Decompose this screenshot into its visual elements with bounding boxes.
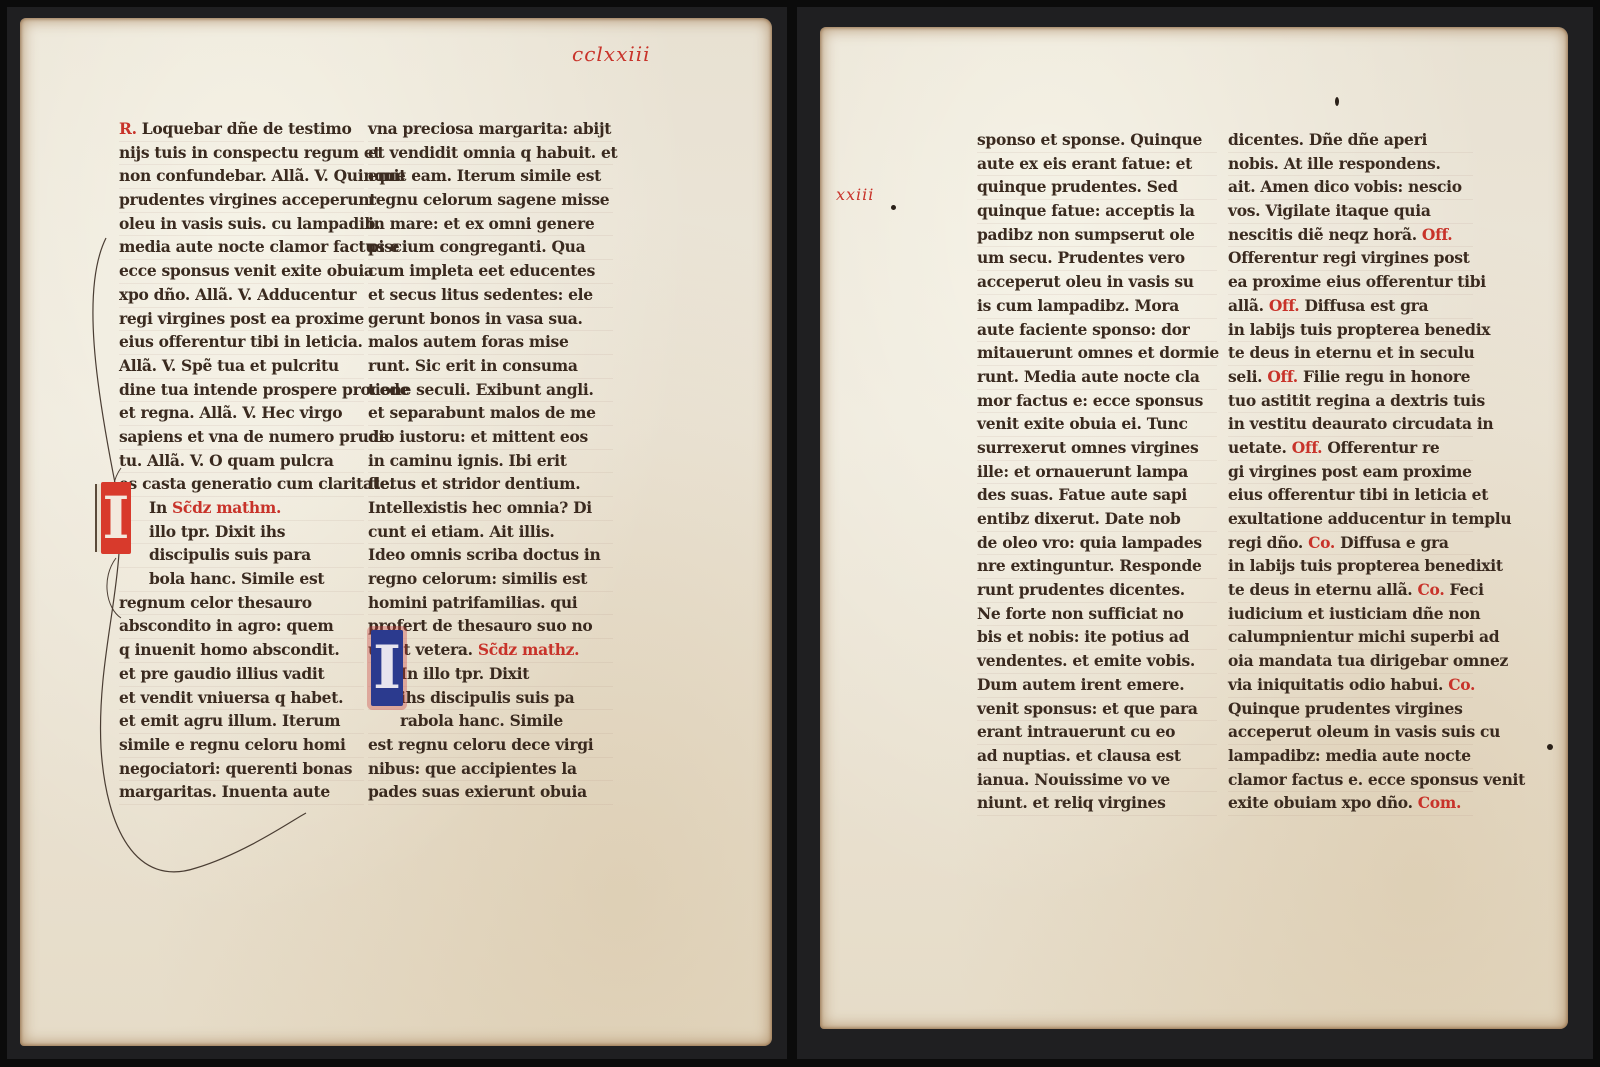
text-span: quinque fatue: acceptis la	[977, 201, 1195, 220]
text-line: entibz dixerut. Date nob	[977, 508, 1217, 532]
text-line: runt. Sic erit in consuma	[368, 355, 613, 379]
text-line: eius offerentur tibi in leticia.	[119, 331, 364, 355]
ink-spot	[1335, 97, 1339, 106]
text-line: et separabunt malos de me	[368, 402, 613, 426]
text-span: non confundebar. Allã. V. Quinque	[119, 166, 405, 185]
text-line: cum impleta eet educentes	[368, 260, 613, 284]
text-span: abscondito in agro: quem	[119, 616, 334, 635]
text-line: te deus in eternu allã. Co. Feci	[1228, 579, 1473, 603]
column-left-1: R. Loquebar dñe de testimo nijs tuis in …	[119, 118, 364, 805]
text-line: oia mandata tua dirigebar omnez	[1228, 650, 1473, 674]
text-span: is cum lampadibz. Mora	[977, 296, 1179, 315]
text-line: rabola hanc. Simile	[368, 710, 613, 734]
text-span: te deus in eternu et in seculu	[1228, 343, 1474, 362]
text-span: venit exite obuia ei. Tunc	[977, 414, 1188, 433]
text-line: mitauerunt omnes et dormie	[977, 342, 1217, 366]
text-line: xpo dño. Allã. V. Adducentur	[119, 284, 364, 308]
text-line: ille: et ornauerunt lampa	[977, 461, 1217, 485]
text-line: calumpnientur michi superbi ad	[1228, 626, 1473, 650]
rubric: Com.	[1418, 793, 1461, 812]
text-line: exite obuiam xpo dño. Com.	[1228, 792, 1473, 816]
text-line: ea proxime eius offerentur tibi	[1228, 271, 1473, 295]
text-span: dine tua intende prospere procede	[119, 380, 409, 399]
text-line: homini patrifamilias. qui	[368, 592, 613, 616]
text-span: discipulis suis para	[149, 545, 311, 564]
text-span: venit sponsus: et que para	[977, 699, 1198, 718]
text-span: es casta generatio cum claritate.	[119, 474, 394, 493]
text-span: regnu celorum sagene misse	[368, 190, 609, 209]
text-span: via iniquitatis odio habui.	[1228, 675, 1448, 694]
text-line: erant intrauerunt cu eo	[977, 721, 1217, 745]
text-span: acceperut oleum in vasis suis cu	[1228, 722, 1500, 741]
rubric: Off.	[1269, 296, 1305, 315]
text-line: ua et vetera. Sc̃dz mathz.	[368, 639, 613, 663]
text-line: um secu. Prudentes vero	[977, 247, 1217, 271]
text-line: nobis. At ille respondens.	[1228, 153, 1473, 177]
text-span: nibus: que accipientes la	[368, 759, 577, 778]
text-line: Offerentur regi virgines post	[1228, 247, 1473, 271]
text-line: mor factus e: ecce sponsus	[977, 390, 1217, 414]
text-line: dicentes. Dñe dñe aperi	[1228, 129, 1473, 153]
text-span: dio iustoru: et mittent eos	[368, 427, 588, 446]
margin-note: xxiii	[836, 185, 874, 204]
text-line: et emit agru illum. Iterum	[119, 710, 364, 734]
text-line: margaritas. Inuenta aute	[119, 781, 364, 805]
text-span: q inuenit homo abscondit.	[119, 640, 339, 659]
text-span: regnum celor thesauro	[119, 593, 312, 612]
text-line: acceperut oleum in vasis suis cu	[1228, 721, 1473, 745]
illuminated-initial-blue: I	[371, 630, 403, 706]
text-line: bis et nobis: ite potius ad	[977, 626, 1217, 650]
text-span: margaritas. Inuenta aute	[119, 782, 330, 801]
text-span: te deus in eternu allã.	[1228, 580, 1418, 599]
text-span: iudicium et iusticiam dñe non	[1228, 604, 1480, 623]
text-span: oia mandata tua dirigebar omnez	[1228, 651, 1508, 670]
text-line: is cum lampadibz. Mora	[977, 295, 1217, 319]
text-line: ad nuptias. et clausa est	[977, 745, 1217, 769]
text-span: bola hanc. Simile est	[149, 569, 324, 588]
text-line: Ideo omnis scriba doctus in	[368, 544, 613, 568]
text-line: regi dño. Co. Diffusa e gra	[1228, 532, 1473, 556]
text-line: simile e regnu celoru homi	[119, 734, 364, 758]
text-line: et regna. Allã. V. Hec virgo	[119, 402, 364, 426]
text-span: Allã. V. Spẽ tua et pulcritu	[119, 356, 339, 375]
text-line: quinque prudentes. Sed	[977, 176, 1217, 200]
text-span: Feci	[1450, 580, 1484, 599]
text-span: ad nuptias. et clausa est	[977, 746, 1181, 765]
text-span: eius offerentur tibi in leticia et	[1228, 485, 1488, 504]
text-line: allã. Off. Diffusa est gra	[1228, 295, 1473, 319]
text-line: regnu celorum sagene misse	[368, 189, 613, 213]
text-line: et pre gaudio illius vadit	[119, 663, 364, 687]
text-line: Allã. V. Spẽ tua et pulcritu	[119, 355, 364, 379]
text-span: malos autem foras mise	[368, 332, 569, 351]
text-line: venit sponsus: et que para	[977, 698, 1217, 722]
text-span: est regnu celoru dece virgi	[368, 735, 593, 754]
text-line: sponso et sponse. Quinque	[977, 129, 1217, 153]
text-line: fletus et stridor dentium.	[368, 473, 613, 497]
text-span: regi virgines post ea proxime	[119, 309, 364, 328]
text-span: media aute nocte clamor factus e	[119, 237, 399, 256]
rubric: Sc̃dz mathm.	[172, 498, 281, 517]
text-span: lampadibz: media aute nocte	[1228, 746, 1471, 765]
text-span: clamor factus e. ecce sponsus venit	[1228, 770, 1525, 789]
ink-spot	[891, 205, 896, 210]
text-span: et separabunt malos de me	[368, 403, 596, 422]
text-line: ecce sponsus venit exite obuia	[119, 260, 364, 284]
ink-spot	[1547, 744, 1553, 750]
text-span: runt prudentes dicentes.	[977, 580, 1185, 599]
text-line: abscondito in agro: quem	[119, 615, 364, 639]
text-span: Loquebar dñe de testimo	[142, 119, 352, 138]
text-span: sapiens et vna de numero prude	[119, 427, 389, 446]
text-line: Quinque prudentes virgines	[1228, 698, 1473, 722]
text-span: Offerentur regi virgines post	[1228, 248, 1470, 267]
text-line: acceperut oleu in vasis su	[977, 271, 1217, 295]
text-span: in mare: et ex omni genere	[368, 214, 594, 233]
text-span: regno celorum: similis est	[368, 569, 587, 588]
text-span: Ideo omnis scriba doctus in	[368, 545, 600, 564]
text-line: regno celorum: similis est	[368, 568, 613, 592]
text-line: Dum autem irent emere.	[977, 674, 1217, 698]
text-span: de oleo vro: quia lampades	[977, 533, 1202, 552]
text-span: tuo astitit regina a dextris tuis	[1228, 391, 1485, 410]
text-line: exultatione adducentur in templu	[1228, 508, 1473, 532]
text-line: piscium congreganti. Qua	[368, 236, 613, 260]
text-span: rabola hanc. Simile	[400, 711, 563, 730]
text-span: nijs tuis in conspectu regum et	[119, 143, 380, 162]
text-line: et secus litus sedentes: ele	[368, 284, 613, 308]
text-span: et emit agru illum. Iterum	[119, 711, 340, 730]
text-span: ait. Amen dico vobis: nescio	[1228, 177, 1462, 196]
text-span: oleu in vasis suis. cu lampadib.	[119, 214, 380, 233]
text-span: Dum autem irent emere.	[977, 675, 1184, 694]
text-line: vos. Vigilate itaque quia	[1228, 200, 1473, 224]
text-line: oleu in vasis suis. cu lampadib.	[119, 213, 364, 237]
text-line: non confundebar. Allã. V. Quinque	[119, 165, 364, 189]
text-span: runt. Media aute nocte cla	[977, 367, 1200, 386]
text-line: negociatori: querenti bonas	[119, 758, 364, 782]
text-line: runt. Media aute nocte cla	[977, 366, 1217, 390]
text-span: ea proxime eius offerentur tibi	[1228, 272, 1486, 291]
text-line: vna preciosa margarita: abijt	[368, 118, 613, 142]
text-span: et vendidit omnia q habuit. et	[368, 143, 617, 162]
text-line: ait. Amen dico vobis: nescio	[1228, 176, 1473, 200]
rubric: Off.	[1292, 438, 1328, 457]
text-span: Quinque prudentes virgines	[1228, 699, 1463, 718]
text-line: Ne forte non sufficiat no	[977, 603, 1217, 627]
text-span: entibz dixerut. Date nob	[977, 509, 1181, 528]
text-span: surrexerut omnes virgines	[977, 438, 1198, 457]
text-span: xpo dño. Allã. V. Adducentur	[119, 285, 356, 304]
text-line: et vendit vniuersa q habet.	[119, 687, 364, 711]
rubric: Off.	[1422, 225, 1452, 244]
text-span: illo tpr. Dixit ihs	[149, 522, 285, 541]
text-span: negociatori: querenti bonas	[119, 759, 352, 778]
text-span: Diffusa est gra	[1304, 296, 1428, 315]
text-span: Filie regu in honore	[1303, 367, 1470, 386]
text-span: vos. Vigilate itaque quia	[1228, 201, 1431, 220]
text-line: nre extinguntur. Responde	[977, 555, 1217, 579]
text-span: et pre gaudio illius vadit	[119, 664, 324, 683]
text-line: aute faciente sponso: dor	[977, 319, 1217, 343]
text-line: regi virgines post ea proxime	[119, 308, 364, 332]
rubric: Off.	[1267, 367, 1303, 386]
text-span: in caminu ignis. Ibi erit	[368, 451, 567, 470]
text-line: nijs tuis in conspectu regum et	[119, 142, 364, 166]
text-line: lampadibz: media aute nocte	[1228, 745, 1473, 769]
text-span: ianua. Nouissime vo ve	[977, 770, 1170, 789]
text-line: gerunt bonos in vasa sua.	[368, 308, 613, 332]
text-line: nibus: que accipientes la	[368, 758, 613, 782]
text-span: simile e regnu celoru homi	[119, 735, 346, 754]
text-span: vna preciosa margarita: abijt	[368, 119, 611, 138]
text-span: aute faciente sponso: dor	[977, 320, 1190, 339]
text-span: Offerentur re	[1327, 438, 1439, 457]
text-line: Intellexistis hec omnia? Di	[368, 497, 613, 521]
text-span: bis et nobis: ite potius ad	[977, 627, 1189, 646]
manuscript-leaf-right: xxiii sponso et sponse. Quinque aute ex …	[820, 27, 1568, 1029]
text-span: ihs discipulis suis pa	[400, 688, 574, 707]
text-line: profert de thesauro suo no	[368, 615, 613, 639]
text-span: aute ex eis erant fatue: et	[977, 154, 1192, 173]
text-span: fletus et stridor dentium.	[368, 474, 580, 493]
text-line: padibz non sumpserut ole	[977, 224, 1217, 248]
text-line: runt prudentes dicentes.	[977, 579, 1217, 603]
text-span: runt. Sic erit in consuma	[368, 356, 578, 375]
text-line: de oleo vro: quia lampades	[977, 532, 1217, 556]
text-span: In illo tpr. Dixit	[400, 664, 529, 683]
text-span: nescitis diẽ neqz horã.	[1228, 225, 1422, 244]
text-span: exite obuiam xpo dño.	[1228, 793, 1418, 812]
rubric: Co.	[1308, 533, 1340, 552]
text-span: nre extinguntur. Responde	[977, 556, 1202, 575]
text-line: seli. Off. Filie regu in honore	[1228, 366, 1473, 390]
text-line: dine tua intende prospere procede	[119, 379, 364, 403]
text-line: in labijs tuis propterea benedixit	[1228, 555, 1473, 579]
text-span: Diffusa e gra	[1340, 533, 1449, 552]
text-span: pades suas exierunt obuia	[368, 782, 587, 801]
text-span: calumpnientur michi superbi ad	[1228, 627, 1499, 646]
text-span: ille: et ornauerunt lampa	[977, 462, 1188, 481]
text-line: gi virgines post eam proxime	[1228, 461, 1473, 485]
text-line: media aute nocte clamor factus e	[119, 236, 364, 260]
text-line: R. Loquebar dñe de testimo	[119, 118, 364, 142]
text-span: mor factus e: ecce sponsus	[977, 391, 1203, 410]
column-left-2: vna preciosa margarita: abijt et vendidi…	[368, 118, 613, 805]
text-span: piscium congreganti. Qua	[368, 237, 585, 256]
text-line: ianua. Nouissime vo ve	[977, 769, 1217, 793]
text-line: in caminu ignis. Ibi erit	[368, 450, 613, 474]
text-line: in vestitu deaurato circudata in	[1228, 413, 1473, 437]
text-span: eius offerentur tibi in leticia.	[119, 332, 363, 351]
text-line: est regnu celoru dece virgi	[368, 734, 613, 758]
text-line: emit eam. Iterum simile est	[368, 165, 613, 189]
column-right-1: sponso et sponse. Quinque aute ex eis er…	[977, 129, 1217, 816]
text-span: padibz non sumpserut ole	[977, 225, 1195, 244]
text-span: uetate.	[1228, 438, 1292, 457]
text-span: gerunt bonos in vasa sua.	[368, 309, 583, 328]
text-line: malos autem foras mise	[368, 331, 613, 355]
text-span: cunt ei etiam. Ait illis.	[368, 522, 554, 541]
text-line: in labijs tuis propterea benedix	[1228, 319, 1473, 343]
text-line: via iniquitatis odio habui. Co.	[1228, 674, 1473, 698]
text-line: niunt. et reliq virgines	[977, 792, 1217, 816]
text-line: es casta generatio cum claritate.	[119, 473, 364, 497]
text-span: et vendit vniuersa q habet.	[119, 688, 343, 707]
text-span: et secus litus sedentes: ele	[368, 285, 593, 304]
text-line: nescitis diẽ neqz horã. Off.	[1228, 224, 1473, 248]
rubric: Co.	[1448, 675, 1475, 694]
text-span: Ne forte non sufficiat no	[977, 604, 1184, 623]
text-line: tu. Allã. V. O quam pulcra	[119, 450, 364, 474]
text-line: In illo tpr. Dixit	[368, 663, 613, 687]
text-line: regnum celor thesauro	[119, 592, 364, 616]
rubric: Co.	[1418, 580, 1450, 599]
text-span: in labijs tuis propterea benedixit	[1228, 556, 1503, 575]
text-span: sponso et sponse. Quinque	[977, 130, 1202, 149]
text-span: cum impleta eet educentes	[368, 261, 595, 280]
text-line: eius offerentur tibi in leticia et	[1228, 484, 1473, 508]
text-line: in mare: et ex omni genere	[368, 213, 613, 237]
text-line: prudentes virgines acceperunt	[119, 189, 364, 213]
text-line: discipulis suis para	[119, 544, 364, 568]
text-line: tione seculi. Exibunt angli.	[368, 379, 613, 403]
text-span: in vestitu deaurato circudata in	[1228, 414, 1493, 433]
manuscript-leaf-left: cclxxiii R. Loquebar dñe de testimo nijs…	[20, 18, 772, 1046]
text-span: Intellexistis hec omnia? Di	[368, 498, 592, 517]
text-span: allã.	[1228, 296, 1269, 315]
text-line: sapiens et vna de numero prude	[119, 426, 364, 450]
text-span: et regna. Allã. V. Hec virgo	[119, 403, 342, 422]
text-line: quinque fatue: acceptis la	[977, 200, 1217, 224]
text-line: bola hanc. Simile est	[119, 568, 364, 592]
text-line: aute ex eis erant fatue: et	[977, 153, 1217, 177]
rubric: Sc̃dz mathz.	[478, 640, 579, 659]
folio-number: cclxxiii	[572, 42, 651, 66]
text-span: prudentes virgines acceperunt	[119, 190, 376, 209]
text-span: niunt. et reliq virgines	[977, 793, 1166, 812]
text-line: surrexerut omnes virgines	[977, 437, 1217, 461]
column-right-2: dicentes. Dñe dñe aperi nobis. At ille r…	[1228, 129, 1473, 816]
text-span: in labijs tuis propterea benedix	[1228, 320, 1490, 339]
text-line: q inuenit homo abscondit.	[119, 639, 364, 663]
text-span: seli.	[1228, 367, 1267, 386]
text-line: uetate. Off. Offerentur re	[1228, 437, 1473, 461]
text-line: iudicium et iusticiam dñe non	[1228, 603, 1473, 627]
text-line: cunt ei etiam. Ait illis.	[368, 521, 613, 545]
text-span: vendentes. et emite vobis.	[977, 651, 1195, 670]
text-span: tu. Allã. V. O quam pulcra	[119, 451, 334, 470]
text-line: tuo astitit regina a dextris tuis	[1228, 390, 1473, 414]
text-span: tione seculi. Exibunt angli.	[368, 380, 594, 399]
text-span: ecce sponsus venit exite obuia	[119, 261, 374, 280]
text-line: et vendidit omnia q habuit. et	[368, 142, 613, 166]
text-span: um secu. Prudentes vero	[977, 248, 1185, 267]
text-span: In	[149, 498, 172, 517]
text-line: vendentes. et emite vobis.	[977, 650, 1217, 674]
text-span: nobis. At ille respondens.	[1228, 154, 1441, 173]
text-span: mitauerunt omnes et dormie	[977, 343, 1219, 362]
text-line: venit exite obuia ei. Tunc	[977, 413, 1217, 437]
text-span: dicentes. Dñe dñe aperi	[1228, 130, 1427, 149]
rubric: R.	[119, 119, 142, 138]
text-span: regi dño.	[1228, 533, 1308, 552]
text-line: ihs discipulis suis pa	[368, 687, 613, 711]
illuminated-initial-red: I	[101, 482, 131, 554]
text-span: exultatione adducentur in templu	[1228, 509, 1511, 528]
text-span: acceperut oleu in vasis su	[977, 272, 1194, 291]
text-line: In Sc̃dz mathm.	[119, 497, 364, 521]
text-line: te deus in eternu et in seculu	[1228, 342, 1473, 366]
text-span: homini patrifamilias. qui	[368, 593, 577, 612]
text-span: des suas. Fatue aute sapi	[977, 485, 1187, 504]
text-line: dio iustoru: et mittent eos	[368, 426, 613, 450]
text-span: emit eam. Iterum simile est	[368, 166, 601, 185]
text-span: gi virgines post eam proxime	[1228, 462, 1472, 481]
text-line: pades suas exierunt obuia	[368, 781, 613, 805]
text-line: illo tpr. Dixit ihs	[119, 521, 364, 545]
text-line: des suas. Fatue aute sapi	[977, 484, 1217, 508]
text-span: erant intrauerunt cu eo	[977, 722, 1175, 741]
text-span: quinque prudentes. Sed	[977, 177, 1178, 196]
text-line: clamor factus e. ecce sponsus venit	[1228, 769, 1473, 793]
